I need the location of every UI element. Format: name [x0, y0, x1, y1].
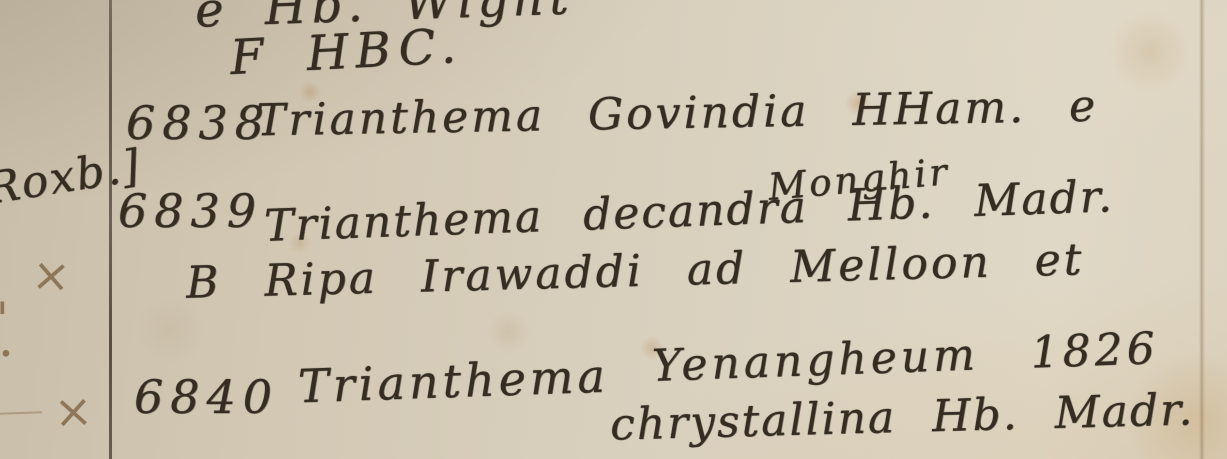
entry-6838-number: 6838: [126, 96, 271, 150]
margin-pencil-line: [0, 411, 42, 414]
margin-dot-mark: .: [0, 310, 14, 368]
paper-stain-layer: [0, 0, 1227, 459]
margin-tick-mark: ': [0, 292, 9, 346]
entry-6839-number: 6839: [118, 184, 263, 238]
margin-annotation-roxb: Roxb.]: [0, 140, 145, 215]
margin-cross-mark-bottom: ×: [53, 383, 94, 439]
column-rule-line: [109, 0, 112, 459]
header-line-1: e Hb. Wight: [194, 0, 574, 39]
entry-6839-text: Trianthema decandra Hb. Madr.: [263, 171, 1114, 252]
header-line-2: F HBC.: [229, 18, 464, 86]
entry-6840-text: chrystallina Hb. Madr.: [609, 384, 1194, 450]
entry-6838-interline-note: Monghir: [766, 150, 951, 209]
entry-6840-number: 6840: [134, 370, 279, 424]
entry-6838-text: Trianthema Govindia HHam. e: [256, 81, 1099, 147]
entry-6840-species: Trianthema: [297, 349, 610, 414]
entry-6839-locality-line-1: B Ripa Irawaddi ad Melloon et: [185, 234, 1085, 309]
entry-6839-locality-line-2: Yenangheum 1826: [651, 323, 1159, 392]
manuscript-page: e Hb. Wight F HBC. 6838 Trianthema Govin…: [0, 0, 1227, 459]
margin-cross-mark-top: ×: [30, 247, 72, 304]
page-edge-crease: [1199, 0, 1205, 459]
